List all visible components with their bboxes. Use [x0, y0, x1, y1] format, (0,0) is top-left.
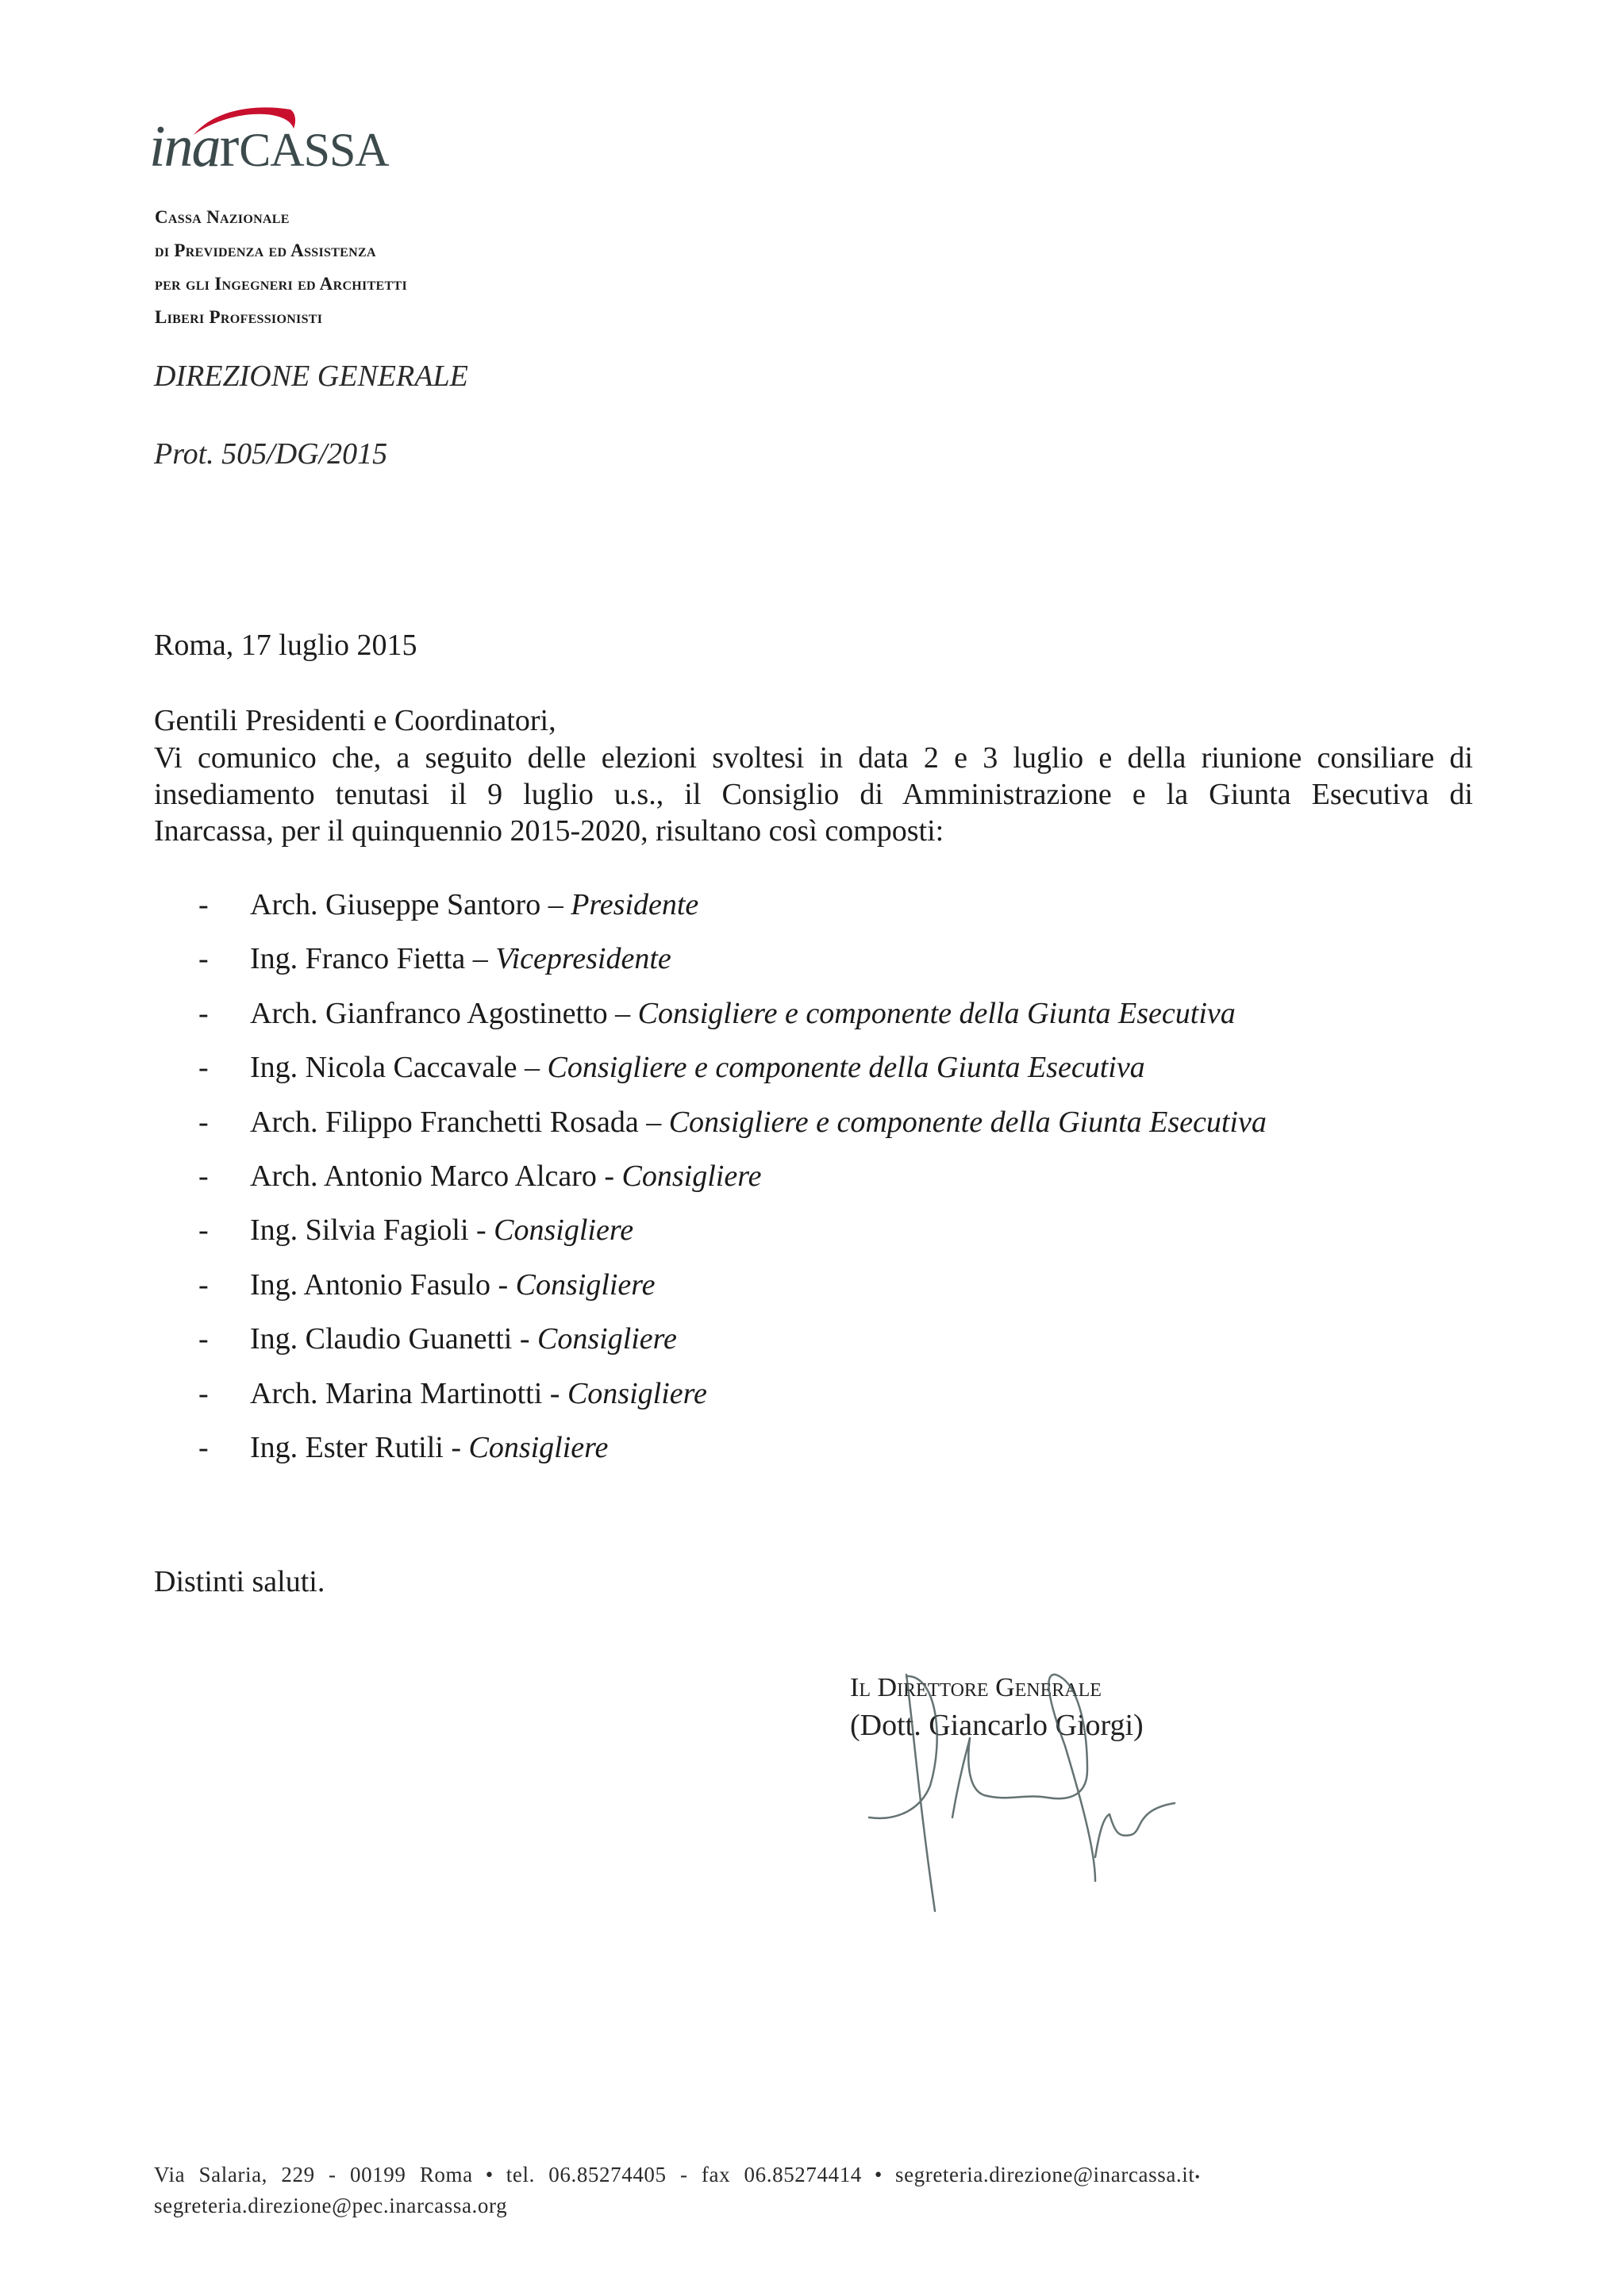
member-separator: –	[517, 1051, 548, 1084]
member-name: Arch. Antonio Marco Alcaro	[250, 1160, 597, 1193]
member-list-item: -Ing. Ester Rutili - Consigliere	[198, 1429, 1548, 1483]
bullet-icon: •	[486, 2160, 494, 2189]
member-list-item: -Ing. Antonio Fasulo - Consigliere	[198, 1267, 1548, 1321]
list-dash-icon: -	[198, 995, 209, 1032]
member-entry: Ing. Ester Rutili - Consigliere	[250, 1429, 608, 1466]
member-name: Ing. Franco Fietta	[250, 942, 465, 975]
member-separator: -	[444, 1431, 469, 1464]
member-role: Consigliere e componente della Giunta Es…	[638, 997, 1236, 1030]
footer-pec-email-link[interactable]: segreteria.direzione@pec.inarcassa.org	[154, 2194, 507, 2217]
member-entry: Arch. Marina Martinotti - Consigliere	[250, 1375, 707, 1412]
member-role: Consigliere	[567, 1377, 707, 1410]
signatory-title: Il Direttore Generale	[850, 1673, 1102, 1703]
member-entry: Arch. Giuseppe Santoro – Presidente	[250, 886, 698, 923]
letterhead-footer: Via Salaria, 229 - 00199 Roma•tel. 06.85…	[154, 2160, 1200, 2220]
member-name: Arch. Giuseppe Santoro	[250, 888, 540, 921]
member-separator: –	[608, 997, 638, 1030]
member-entry: Ing. Nicola Caccavale – Consigliere e co…	[250, 1049, 1145, 1086]
member-name: Arch. Filippo Franchetti Rosada	[250, 1106, 639, 1139]
member-separator: -	[469, 1213, 494, 1247]
closing-greeting: Distinti saluti.	[154, 1563, 325, 1600]
board-members-list: -Arch. Giuseppe Santoro – Presidente-Ing…	[198, 886, 1548, 1483]
institution-line: di Previdenza ed Assistenza	[155, 234, 407, 267]
footer-fax: - fax 06.85274414	[680, 2163, 862, 2186]
list-dash-icon: -	[198, 1267, 209, 1303]
member-list-item: -Ing. Silvia Fagioli - Consigliere	[198, 1212, 1548, 1266]
footer-email-link[interactable]: segreteria.direzione@inarcassa.it	[895, 2163, 1194, 2186]
list-dash-icon: -	[198, 1212, 209, 1248]
member-entry: Arch. Gianfranco Agostinetto – Consiglie…	[250, 995, 1236, 1032]
member-list-item: -Ing. Nicola Caccavale – Consigliere e c…	[198, 1049, 1548, 1103]
bullet-icon: •	[1194, 2169, 1200, 2185]
member-entry: Ing. Franco Fietta – Vicepresidente	[250, 940, 671, 977]
member-separator: -	[597, 1160, 622, 1193]
protocol-number: Prot. 505/DG/2015	[154, 437, 387, 471]
inarcassa-logo: inarCASSA	[149, 102, 435, 181]
member-entry: Arch. Antonio Marco Alcaro - Consigliere	[250, 1158, 761, 1194]
list-dash-icon: -	[198, 1375, 209, 1412]
member-role: Consigliere	[494, 1213, 633, 1247]
member-separator: -	[490, 1268, 516, 1302]
member-role: Consigliere e componente della Giunta Es…	[548, 1051, 1145, 1084]
institution-line: Liberi Professionisti	[155, 301, 407, 334]
member-name: Ing. Nicola Caccavale	[250, 1051, 517, 1084]
paragraph-line: Inarcassa, per il quinquennio 2015-2020,…	[154, 813, 1473, 849]
member-separator: -	[542, 1377, 567, 1410]
member-role: Consigliere	[516, 1268, 656, 1302]
institution-line: Cassa Nazionale	[155, 201, 407, 234]
logo-wordmark: inarCASSA	[149, 117, 389, 176]
member-list-item: -Arch. Filippo Franchetti Rosada – Consi…	[198, 1104, 1548, 1158]
footer-phone: tel. 06.85274405	[506, 2163, 667, 2186]
place-date: Roma, 17 luglio 2015	[154, 627, 417, 663]
department-heading: DIREZIONE GENERALE	[154, 359, 468, 394]
member-list-item: -Arch. Marina Martinotti - Consigliere	[198, 1375, 1548, 1429]
paragraph-line: Vi comunico che, a seguito delle elezion…	[154, 740, 1473, 776]
member-role: Consigliere	[622, 1160, 762, 1193]
member-role: Consigliere	[537, 1322, 677, 1356]
list-dash-icon: -	[198, 1429, 209, 1466]
list-dash-icon: -	[198, 1049, 209, 1086]
logo-cassa: CASSA	[239, 124, 388, 176]
member-list-item: -Arch. Antonio Marco Alcaro - Consiglier…	[198, 1158, 1548, 1212]
member-list-item: -Arch. Giuseppe Santoro – Presidente	[198, 886, 1548, 940]
member-separator: –	[540, 888, 571, 921]
institution-name: Cassa Nazionale di Previdenza ed Assiste…	[155, 201, 407, 334]
member-name: Arch. Gianfranco Agostinetto	[250, 997, 608, 1030]
member-role: Consigliere	[468, 1431, 608, 1464]
list-dash-icon: -	[198, 1158, 209, 1194]
bullet-icon: •	[875, 2160, 883, 2189]
list-dash-icon: -	[198, 1321, 209, 1357]
institution-line: per gli Ingegneri ed Architetti	[155, 267, 407, 301]
member-separator: –	[465, 942, 495, 975]
member-separator: -	[512, 1322, 537, 1356]
footer-address: Via Salaria, 229 - 00199 Roma	[154, 2163, 473, 2186]
list-dash-icon: -	[198, 1104, 209, 1140]
list-dash-icon: -	[198, 940, 209, 977]
logo-italic-part: ina	[149, 114, 220, 179]
member-list-item: -Arch. Gianfranco Agostinetto – Consigli…	[198, 995, 1548, 1049]
signatory-name: (Dott. Giancarlo Giorgi)	[850, 1708, 1144, 1743]
member-entry: Arch. Filippo Franchetti Rosada – Consig…	[250, 1104, 1267, 1140]
member-name: Ing. Claudio Guanetti	[250, 1322, 512, 1356]
member-list-item: -Ing. Claudio Guanetti - Consigliere	[198, 1321, 1548, 1375]
logo-r: r	[220, 114, 240, 179]
member-entry: Ing. Antonio Fasulo - Consigliere	[250, 1267, 656, 1303]
member-role: Presidente	[571, 888, 698, 921]
list-dash-icon: -	[198, 886, 209, 923]
salutation: Gentili Presidenti e Coordinatori,	[154, 702, 556, 739]
member-entry: Ing. Silvia Fagioli - Consigliere	[250, 1212, 633, 1248]
member-role: Vicepresidente	[495, 942, 671, 975]
member-name: Arch. Marina Martinotti	[250, 1377, 542, 1410]
member-name: Ing. Antonio Fasulo	[250, 1268, 490, 1302]
member-role: Consigliere e componente della Giunta Es…	[669, 1106, 1267, 1139]
member-entry: Ing. Claudio Guanetti - Consigliere	[250, 1321, 677, 1357]
member-name: Ing. Silvia Fagioli	[250, 1213, 469, 1247]
body-paragraph: Vi comunico che, a seguito delle elezion…	[154, 740, 1473, 849]
paragraph-line: insediamento tenutasi il 9 luglio u.s., …	[154, 776, 1473, 813]
member-separator: –	[639, 1106, 669, 1139]
member-list-item: -Ing. Franco Fietta – Vicepresidente	[198, 940, 1548, 994]
member-name: Ing. Ester Rutili	[250, 1431, 444, 1464]
